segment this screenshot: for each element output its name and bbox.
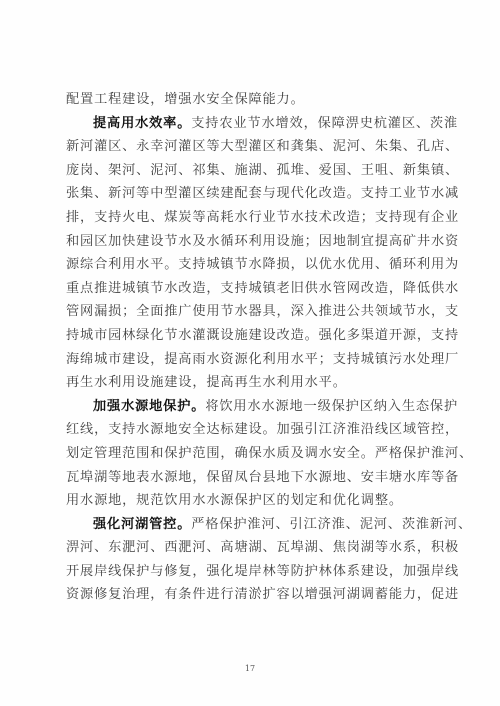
text-line: 开展岸线保护与修复，强化堤岸林等防护林体系建设，加强岸线 <box>66 560 436 584</box>
line-text: 管网漏损；全面推广使用节水器具，深入推进公共领域节水，支 <box>66 304 459 319</box>
line-text: 持城市园林绿化节水灌溉设施建设改造。强化多渠道开源，支持 <box>66 328 459 343</box>
paragraph-heading-water-source-protection: 加强水源地保护。 <box>93 399 205 414</box>
document-page: 配置工程建设，增强水安全保障能力。 提高用水效率。支持农业节水增效，保障淠史杭灌… <box>0 0 500 706</box>
line-text: 淠河、东淝河、西淝河、高塘湖、瓦埠湖、焦岗湖等水系，积极 <box>66 540 459 555</box>
text-line: 配置工程建设，增强水安全保障能力。 <box>66 88 436 112</box>
text-line: 庞岗、架河、泥河、祁集、施湖、孤堆、爱国、王咀、新集镇、 <box>66 159 436 183</box>
text-line: 源综合利用水平。支持城镇节水降损，以优水优用、循环利用为 <box>66 253 436 277</box>
text-line: 红线，支持水源地安全达标建设。加强引江济淮沿线区域管控， <box>66 418 436 442</box>
paragraph-heading-river-lake-control: 强化河湖管控。 <box>93 517 191 532</box>
text-line: 张集、新河等中型灌区续建配套与现代化改造。支持工业节水减 <box>66 182 436 206</box>
text-line: 淠河、东淝河、西淝河、高塘湖、瓦埠湖、焦岗湖等水系，积极 <box>66 536 436 560</box>
line-text: 海绵城市建设，提高雨水资源化利用水平；支持城镇污水处理厂 <box>66 352 459 367</box>
line-text: 将饮用水水源地一级保护区纳入生态保护 <box>205 399 458 414</box>
line-text: 配置工程建设，增强水安全保障能力。 <box>66 92 305 107</box>
text-line: 和园区加快建设节水及水循环利用设施；因地制宜提高矿井水资 <box>66 230 436 254</box>
text-line: 海绵城市建设，提高雨水资源化利用水平；支持城镇污水处理厂 <box>66 348 436 372</box>
paragraph-start-line: 提高用水效率。支持农业节水增效，保障淠史杭灌区、茨淮 <box>66 112 436 136</box>
text-line: 划定管理范围和保护范围，确保水质及调水安全。严格保护淮河、 <box>66 442 436 466</box>
body-text: 配置工程建设，增强水安全保障能力。 提高用水效率。支持农业节水增效，保障淠史杭灌… <box>66 88 436 607</box>
text-line: 瓦埠湖等地表水源地，保留凤台县地下水源地、安丰塘水库等备 <box>66 466 436 490</box>
line-text: 庞岗、架河、泥河、祁集、施湖、孤堆、爱国、王咀、新集镇、 <box>66 163 459 178</box>
line-text: 红线，支持水源地安全达标建设。加强引江济淮沿线区域管控， <box>66 422 459 437</box>
line-text: 张集、新河等中型灌区续建配套与现代化改造。支持工业节水减 <box>66 186 459 201</box>
line-text: 排，支持火电、煤炭等高耗水行业节水技术改造；支持现有企业 <box>66 210 459 225</box>
text-line: 再生水利用设施建设，提高再生水利用水平。 <box>66 371 436 395</box>
text-line: 新河灌区、永幸河灌区等大型灌区和龚集、泥河、朱集、孔店、 <box>66 135 436 159</box>
line-text: 划定管理范围和保护范围，确保水质及调水安全。严格保护淮河、 <box>66 446 473 461</box>
line-text: 用水源地，规范饮用水水源保护区的划定和优化调整。 <box>66 493 403 508</box>
line-text: 新河灌区、永幸河灌区等大型灌区和龚集、泥河、朱集、孔店、 <box>66 139 459 154</box>
text-line: 重点推进城镇节水改造，支持城镇老旧供水管网改造，降低供水 <box>66 277 436 301</box>
text-line: 资源修复治理，有条件进行清淤扩容以增强河湖调蓄能力，促进 <box>66 583 436 607</box>
line-text: 瓦埠湖等地表水源地，保留凤台县地下水源地、安丰塘水库等备 <box>66 470 459 485</box>
page-number: 17 <box>0 664 500 673</box>
line-text: 支持农业节水增效，保障淠史杭灌区、茨淮 <box>191 116 458 131</box>
text-line: 用水源地，规范饮用水水源保护区的划定和优化调整。 <box>66 489 436 513</box>
paragraph-start-line: 强化河湖管控。严格保护淮河、引江济淮、泥河、茨淮新河、 <box>66 513 436 537</box>
line-text: 重点推进城镇节水改造，支持城镇老旧供水管网改造，降低供水 <box>66 281 459 296</box>
line-text: 严格保护淮河、引江济淮、泥河、茨淮新河、 <box>191 517 472 532</box>
text-line: 管网漏损；全面推广使用节水器具，深入推进公共领域节水，支 <box>66 300 436 324</box>
line-text: 源综合利用水平。支持城镇节水降损，以优水优用、循环利用为 <box>66 257 459 272</box>
line-text: 资源修复治理，有条件进行清淤扩容以增强河湖调蓄能力，促进 <box>66 587 459 602</box>
paragraph-start-line: 加强水源地保护。将饮用水水源地一级保护区纳入生态保护 <box>66 395 436 419</box>
text-line: 持城市园林绿化节水灌溉设施建设改造。强化多渠道开源，支持 <box>66 324 436 348</box>
line-text: 再生水利用设施建设，提高再生水利用水平。 <box>66 375 347 390</box>
text-line: 排，支持火电、煤炭等高耗水行业节水技术改造；支持现有企业 <box>66 206 436 230</box>
line-text: 开展岸线保护与修复，强化堤岸林等防护林体系建设，加强岸线 <box>66 564 459 579</box>
paragraph-heading-water-efficiency: 提高用水效率。 <box>93 116 191 131</box>
line-text: 和园区加快建设节水及水循环利用设施；因地制宜提高矿井水资 <box>66 234 459 249</box>
